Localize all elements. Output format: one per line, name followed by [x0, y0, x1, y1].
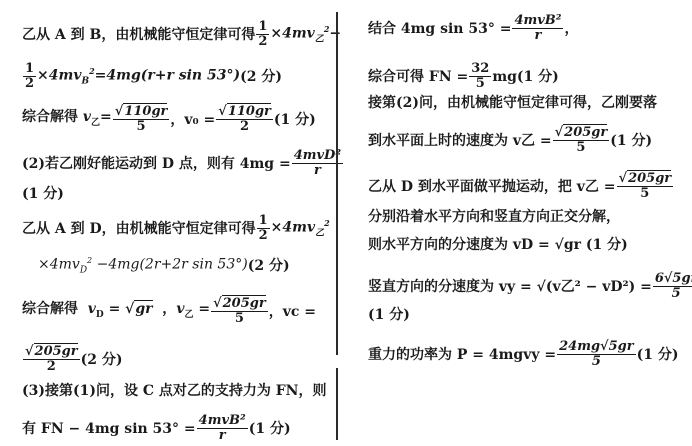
frac-den: 5 [233, 312, 246, 326]
frac-num: 4mvB² [197, 414, 248, 429]
text-line: ×4mvD2 −4mg(2r+2r sin 53°) (2 分) [38, 252, 290, 279]
text-line: (1 分) [368, 306, 410, 324]
frac-num: 110gr [227, 103, 271, 119]
column-divider [336, 12, 338, 355]
frac-num: 205gr [563, 124, 607, 140]
text-line: (1 分) [22, 185, 64, 203]
fraction: 12 [256, 20, 269, 49]
line-text: ，vc = [269, 303, 316, 321]
line-text: mg(1 分) [492, 68, 558, 86]
frac-den: 5 [135, 120, 148, 134]
frac-num: 6√5gr [653, 272, 692, 287]
score-label: (1 分) [22, 185, 64, 203]
line-text: 乙从 A 到 B，由机械能守恒定律可得 [22, 26, 255, 44]
frac-den: 5 [638, 187, 651, 201]
fraction: 24mg√5gr5 [557, 340, 635, 369]
text-line: 接第(2)问，由机械能守恒定律可得，乙刚要落 [368, 94, 657, 112]
equation-part: ×4mv乙2− [270, 20, 341, 48]
fraction: 4mvB²r [197, 414, 248, 443]
text-line: 结合 4mg sin 53° = 4mvB²r ， [368, 14, 578, 43]
line-text: 有 FN − 4mg sin 53° = [22, 420, 196, 438]
solution-page: 乙从 A 到 B，由机械能守恒定律可得 12 ×4mv乙2− 12 ×4mvB2… [0, 0, 692, 446]
text-line: 综合可得 FN = 325 mg(1 分) [368, 62, 559, 91]
text-line: 重力的功率为 P = 4mgvy = 24mg√5gr5 (1 分) [368, 340, 678, 369]
fraction: 12 [23, 62, 36, 91]
frac-num: 110gr [123, 103, 167, 119]
line-text: 综合解得 v乙= [22, 108, 112, 132]
fraction: 12 [257, 214, 270, 243]
line-text: 乙从 D 到水平面做平抛运动，把 v乙 = [368, 178, 616, 196]
text-line: 到水平面上时的速度为 v乙 = √205gr5 (1 分) [368, 126, 652, 155]
line-text: (2)若乙刚好能运动到 D 点，则有 4mg = [22, 155, 291, 173]
fraction: √205gr5 [553, 126, 610, 155]
text-line: (2)若乙刚好能运动到 D 点，则有 4mg = 4mvD²r [22, 149, 344, 178]
text-line: 乙从 A 到 D，由机械能守恒定律可得 12 ×4mv乙2 [22, 214, 330, 243]
line-text: 到水平面上时的速度为 v乙 = [368, 132, 552, 150]
frac-den: 5 [474, 77, 487, 91]
line-text: 重力的功率为 P = 4mgvy = [368, 346, 556, 364]
text-line: 乙从 A 到 B，由机械能守恒定律可得 12 ×4mv乙2− [22, 20, 341, 49]
line-text: 接第(2)问，由机械能守恒定律可得，乙刚要落 [368, 94, 657, 112]
frac-den: r [533, 29, 544, 43]
frac-num: 4mvB² [512, 14, 563, 29]
frac-den: 2 [45, 360, 58, 374]
frac-den: 2 [238, 120, 251, 134]
fraction: √110gr5 [113, 105, 170, 134]
text-line: √205gr2 (2 分) [22, 345, 123, 374]
fraction: √110gr2 [216, 105, 273, 134]
score-label: (1 分) [637, 346, 679, 364]
frac-num: 24mg√5gr [557, 340, 635, 355]
line-text: (3)接第(1)问，设 C 点对乙的支持力为 FN，则 [22, 382, 326, 400]
equation-part: ×4mvB2=4mg(r+r sin 53°) [37, 62, 240, 90]
frac-den: 5 [590, 355, 603, 369]
fraction: √205gr5 [617, 172, 674, 201]
line-text: 则水平方向的分速度为 vD = √gr (1 分) [368, 236, 628, 254]
text-line: 乙从 D 到水平面做平抛运动，把 v乙 = √205gr5 [368, 172, 674, 201]
text-line: 综合解得 v乙= √110gr5 ，v₀ = √110gr2 (1 分) [22, 105, 316, 134]
score-label: (1 分) [274, 111, 316, 129]
frac-num: 205gr [34, 343, 78, 359]
score-label: (1 分) [368, 306, 410, 324]
score-label: (1 分) [610, 132, 652, 150]
column-divider [336, 368, 338, 440]
score-label: (1 分) [249, 420, 291, 438]
text-line: (3)接第(1)问，设 C 点对乙的支持力为 FN，则 [22, 382, 326, 400]
fraction: √205gr5 [211, 297, 268, 326]
score-label: (2 分) [81, 351, 123, 369]
frac-den: 5 [670, 287, 683, 301]
frac-den: 5 [574, 141, 587, 155]
text-line: 则水平方向的分速度为 vD = √gr (1 分) [368, 236, 628, 254]
frac-num: 205gr [627, 170, 671, 186]
score-label: (2 分) [248, 257, 290, 275]
line-text: 结合 4mg sin 53° = [368, 20, 511, 38]
fraction: 4mvB²r [512, 14, 563, 43]
line-text: ，v₀ = [170, 111, 215, 129]
fraction: √205gr2 [23, 345, 80, 374]
line-text: ， [564, 20, 578, 38]
text-line: 有 FN − 4mg sin 53° = 4mvB²r (1 分) [22, 414, 291, 443]
score-label: (2 分) [240, 68, 282, 86]
text-line: 综合解得 vD = √gr ，v乙 = √205gr5 ，vc = [22, 297, 316, 326]
line-text: 综合解得 vD = √gr ，v乙 = [22, 300, 210, 324]
text-line: 分别沿着水平方向和竖直方向正交分解， [368, 208, 620, 226]
line-text: 分别沿着水平方向和竖直方向正交分解， [368, 208, 620, 226]
line-text: 乙从 A 到 D，由机械能守恒定律可得 [22, 220, 256, 238]
frac-den: r [312, 164, 323, 178]
frac-num: 32 [469, 62, 491, 77]
text-line: 竖直方向的分速度为 vy = √(v乙² − vD²) = 6√5gr5 [368, 272, 692, 301]
line-text: 综合可得 FN = [368, 68, 468, 86]
text-line: 12 ×4mvB2=4mg(r+r sin 53°) (2 分) [22, 62, 282, 91]
equation-part: ×4mv乙2 [271, 214, 330, 242]
frac-den: r [217, 429, 228, 443]
fraction: 6√5gr5 [653, 272, 692, 301]
line-text: 竖直方向的分速度为 vy = √(v乙² − vD²) = [368, 278, 652, 296]
equation-part: ×4mvD2 −4mg(2r+2r sin 53°) [38, 252, 248, 279]
fraction: 325 [469, 62, 491, 91]
frac-num: 205gr [222, 295, 266, 311]
